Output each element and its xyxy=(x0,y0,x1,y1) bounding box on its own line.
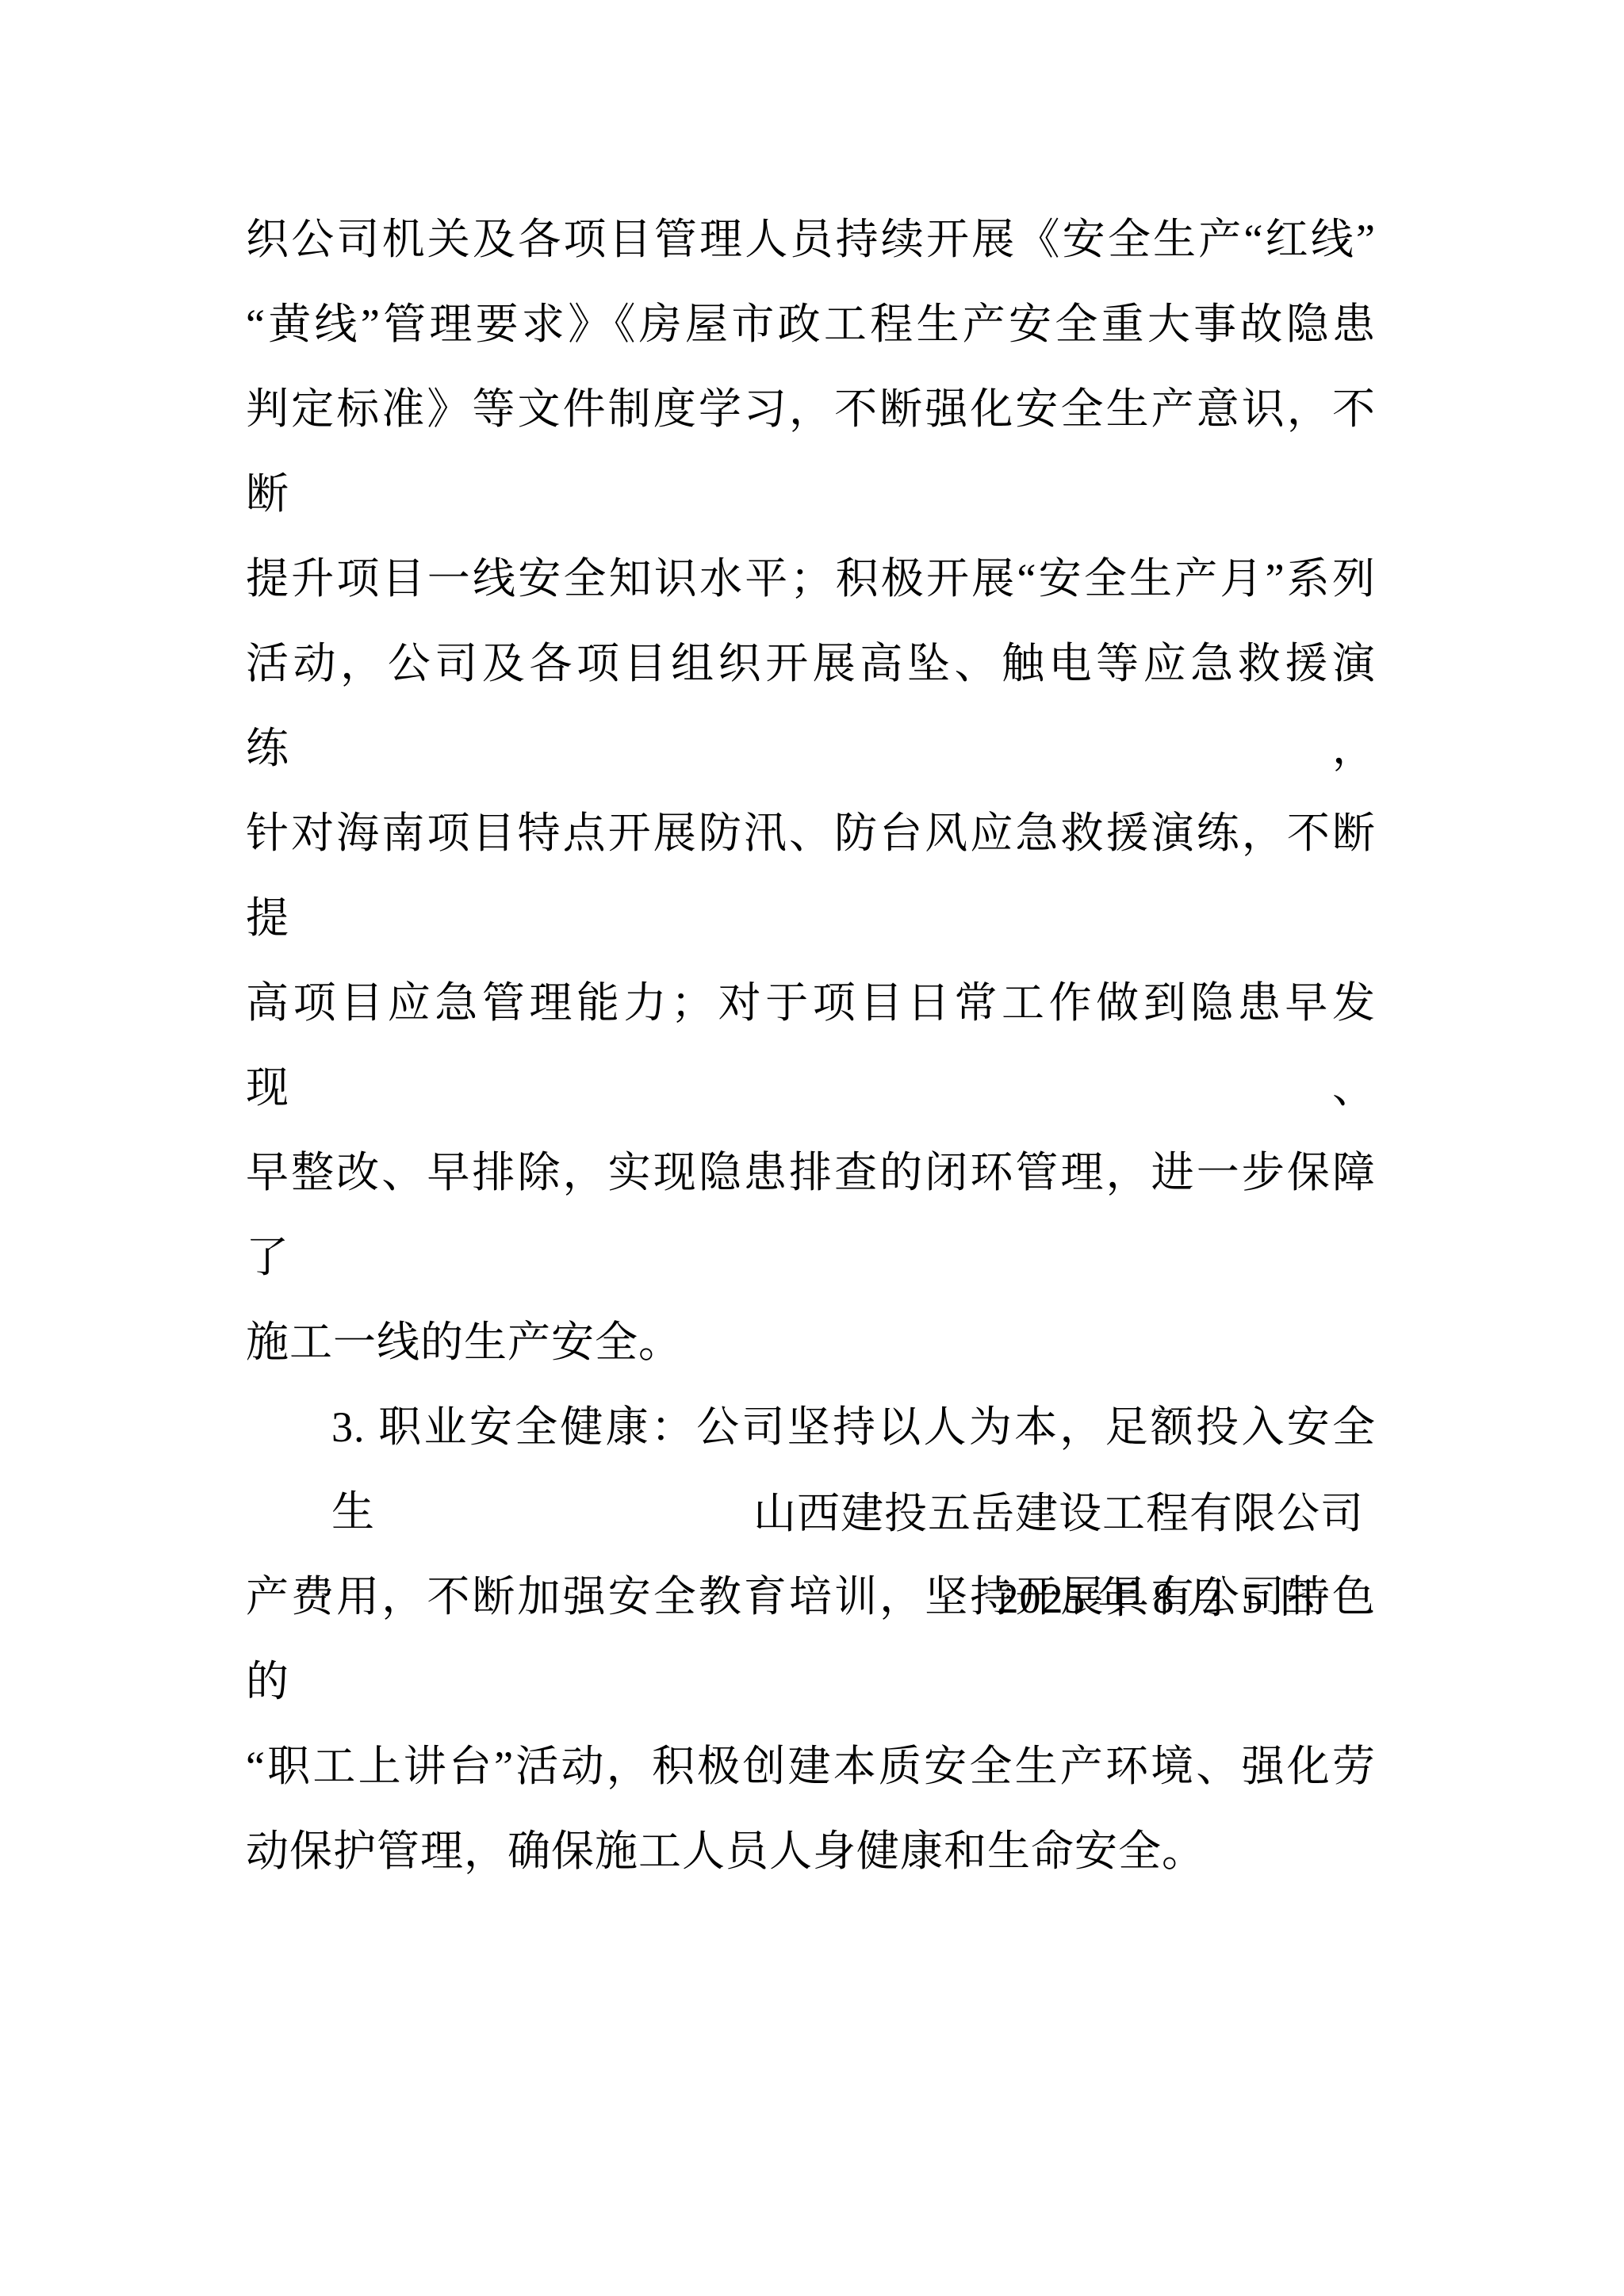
text-line: 活动，公司及各项目组织开展高坠、触电等应急救援演练， xyxy=(246,622,1376,791)
text-line: 施工一线的生产安全。 xyxy=(246,1300,1376,1385)
signature-block: 山西建投五岳建设工程有限公司 2025 年 8 月 5 日 xyxy=(246,1471,1376,1641)
document-page: 织公司机关及各项目管理人员持续开展《安全生产“红线”“黄线”管理要求》《房屋市政… xyxy=(0,0,1624,2296)
text-line: 判定标准》等文件制度学习，不断强化安全生产意识，不断 xyxy=(246,367,1376,537)
company-name: 山西建投五岳建设工程有限公司 xyxy=(246,1471,1376,1556)
text-line: 动保护管理，确保施工人员人身健康和生命安全。 xyxy=(246,1809,1376,1894)
text-line: 针对海南项目特点开展防汛、防台风应急救援演练，不断提 xyxy=(246,791,1376,961)
text-line: 提升项目一线安全知识水平；积极开展“安全生产月”系列 xyxy=(246,537,1376,622)
text-line: “职工上讲台”活动，积极创建本质安全生产环境、强化劳 xyxy=(246,1724,1376,1809)
text-line: “黄线”管理要求》《房屋市政工程生产安全重大事故隐患 xyxy=(246,282,1376,367)
text-line: 高项目应急管理能力；对于项目日常工作做到隐患早发现、 xyxy=(246,961,1376,1131)
text-line: 织公司机关及各项目管理人员持续开展《安全生产“红线” xyxy=(246,197,1376,282)
text-line: 早整改、早排除，实现隐患排查的闭环管理，进一步保障了 xyxy=(246,1131,1376,1300)
signature-date: 2025 年 8 月 5 日 xyxy=(246,1556,1376,1641)
